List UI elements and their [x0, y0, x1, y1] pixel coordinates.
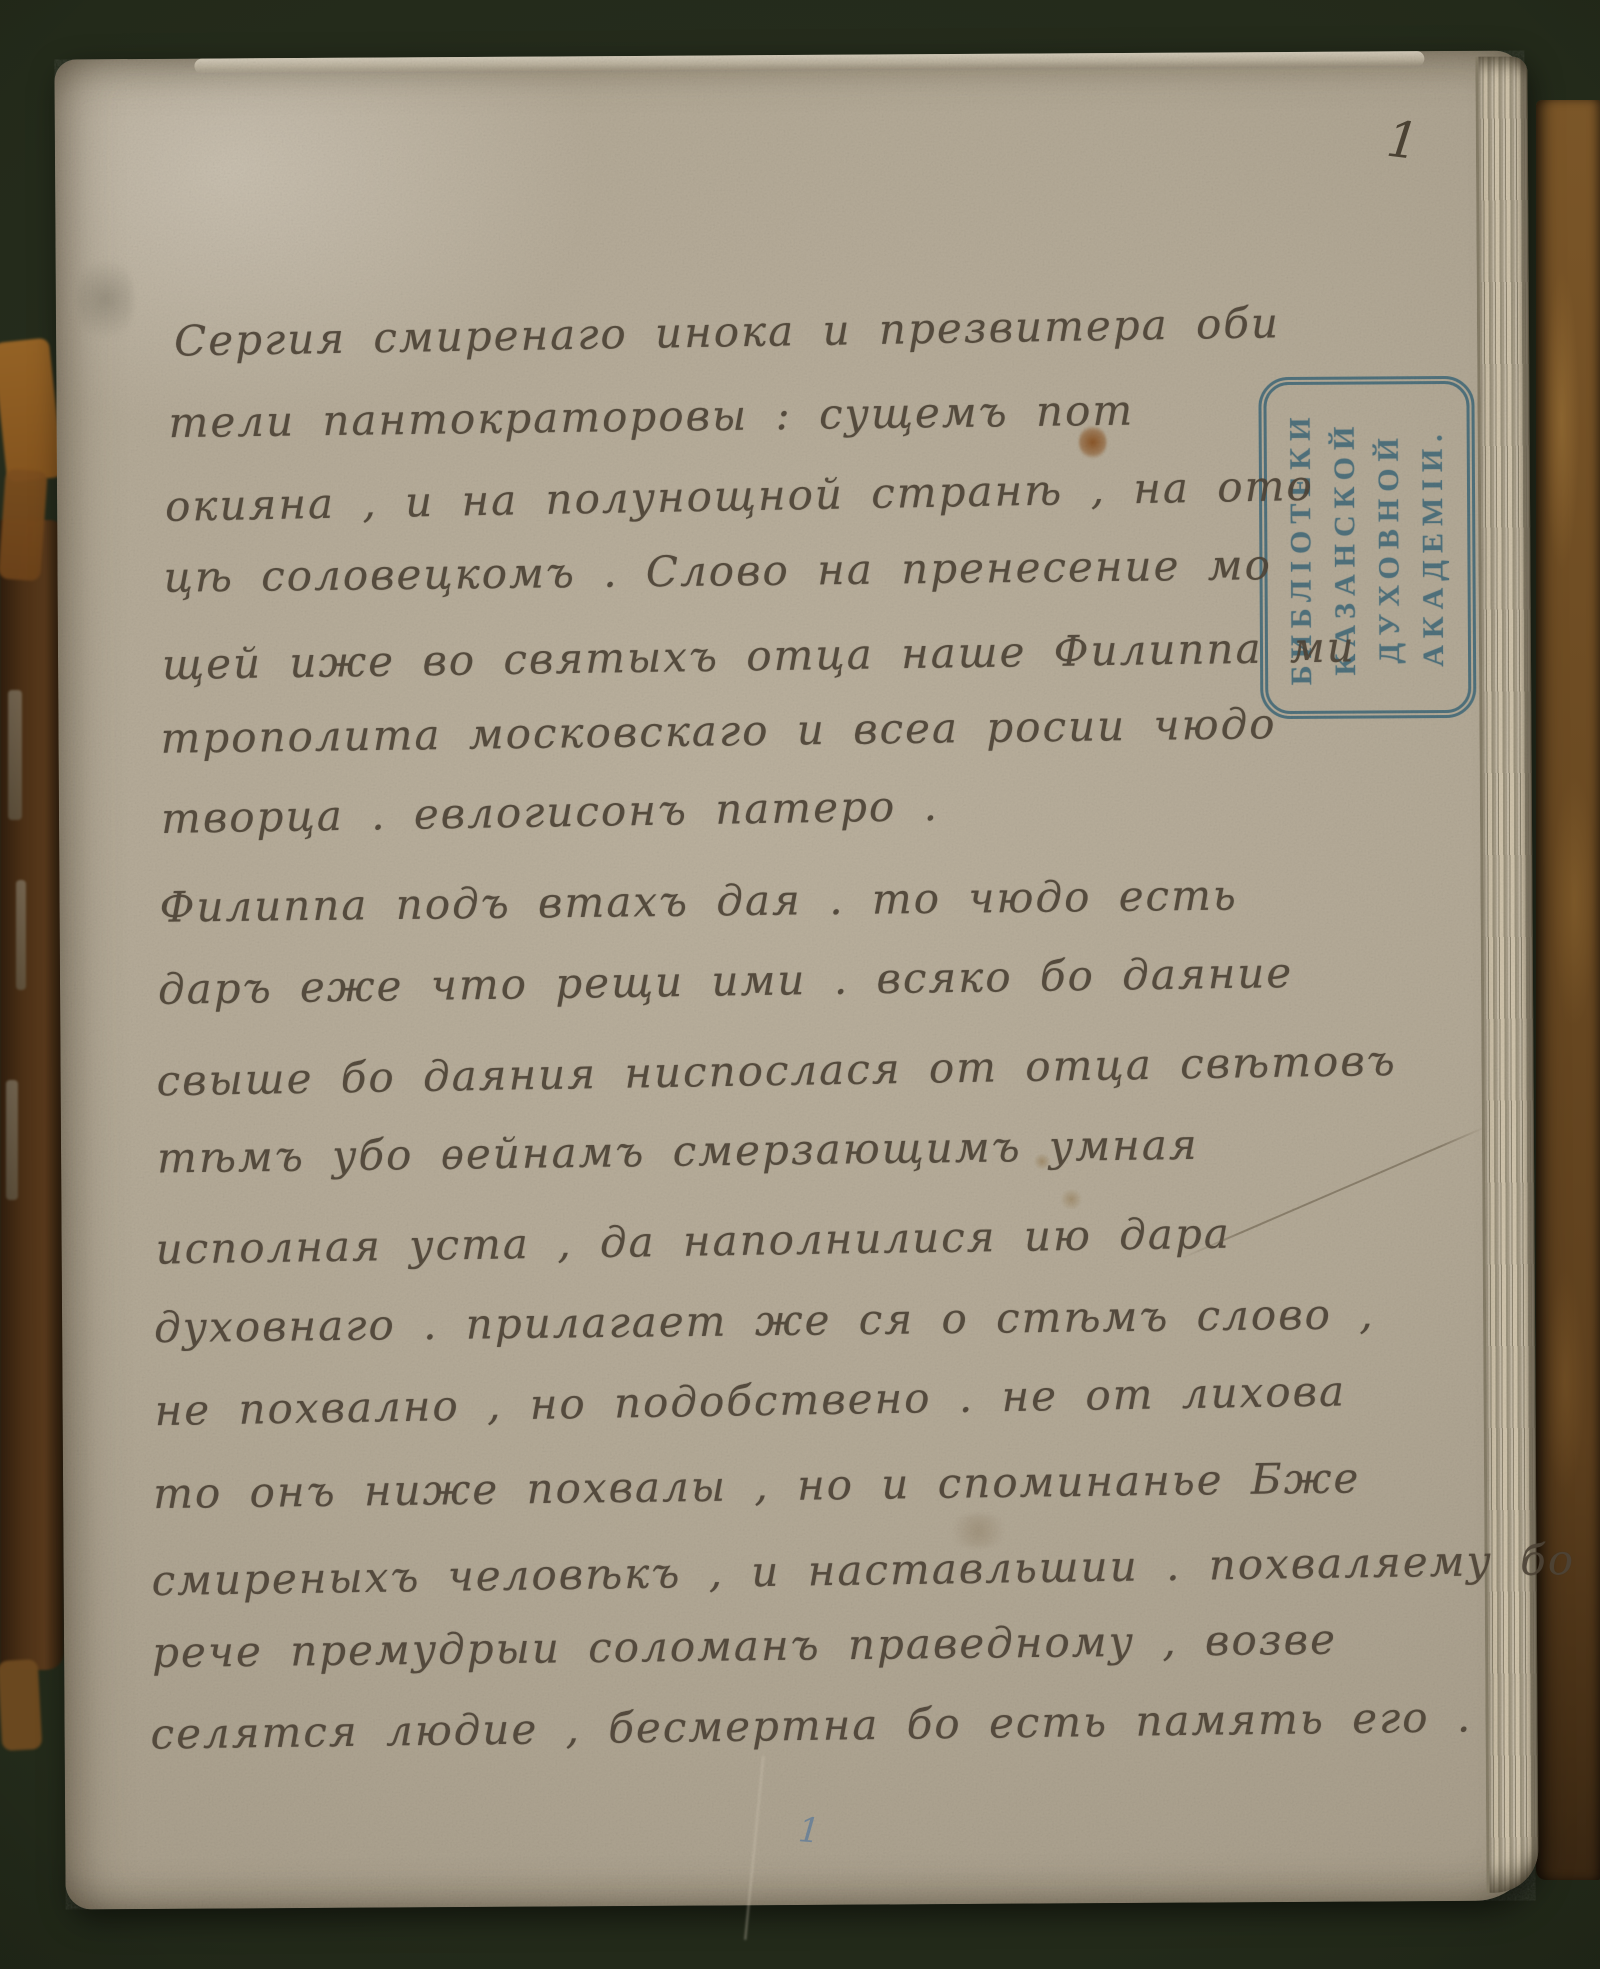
paper-fold-mark	[744, 1756, 764, 1940]
manuscript-line: Сергия смиренаго инока и презвитера оби	[174, 298, 1281, 365]
book-cover-edge	[1536, 100, 1600, 1880]
manuscript-line: исполная уста , да наполнилися ию дара	[155, 1209, 1231, 1274]
folio-number: 1	[1384, 110, 1422, 171]
spine-tape-fragment	[0, 1659, 42, 1751]
manuscript-page: 1 БИБЛІОТЕКИ КАЗАНСКОЙ ДУХОВНОЙ АКАДЕМІИ…	[54, 51, 1535, 1910]
manuscript-photo: 1 БИБЛІОТЕКИ КАЗАНСКОЙ ДУХОВНОЙ АКАДЕМІИ…	[0, 0, 1600, 1969]
manuscript-line: не похвално , но подобствено . не от лих…	[154, 1366, 1346, 1435]
manuscript-line: Филиппа подъ втахъ дая . то чюдо есть	[159, 870, 1238, 931]
stamp-line-4: АКАДЕМІИ.	[1411, 427, 1456, 667]
manuscript-line: рече премудрыи соломанъ праведному , воз…	[152, 1615, 1337, 1677]
page-stack-fore-edge	[1475, 57, 1538, 1893]
manuscript-line: селятся людие , бесмертна бо есть память…	[150, 1692, 1472, 1758]
manuscript-line: свыше бо даяния ниспослася от отца свѣто…	[156, 1036, 1397, 1106]
manuscript-line: духовнаго . прилагает же ся о стѣмъ слов…	[154, 1289, 1375, 1352]
spine-sewing-streak	[8, 690, 22, 820]
spine-sewing-streak	[16, 880, 26, 990]
manuscript-line: творца . евлогисонъ патеро .	[161, 781, 940, 843]
manuscript-line: щей иже во святыхъ отца наше Филиппа ми	[162, 622, 1356, 689]
manuscript-line: трополита московскаго и всеа росии чюдо	[160, 699, 1277, 763]
page-stack-top-edge	[194, 51, 1424, 74]
stamp-line-3: ДУХОВНОЙ	[1367, 431, 1412, 664]
manuscript-line: то онъ ниже похвалы , но и споминанье Бж…	[153, 1453, 1361, 1518]
spine-tape-fragment	[0, 337, 63, 482]
spine-tape-fragment	[0, 469, 48, 582]
paper-crease	[1181, 1126, 1487, 1259]
manuscript-line: смиреныхъ человѣкъ , и наставльшии . пох…	[151, 1535, 1575, 1605]
manuscript-line: тѣмъ убо ѳейнамъ смерзающимъ умная	[157, 1120, 1199, 1183]
manuscript-line: цѣ соловецкомъ . Слово на пренесение мо	[163, 540, 1272, 602]
spine-sewing-streak	[6, 1080, 18, 1200]
manuscript-line: даръ еже что рещи ими . всяко бо даяние	[158, 948, 1294, 1014]
manuscript-line: тели пантократоровы : сущемъ пот	[168, 386, 1134, 448]
manuscript-line: окияна , и на полунощной странѣ , на ото	[165, 461, 1314, 531]
small-stain	[1059, 1189, 1083, 1209]
corner-smudge	[78, 249, 135, 349]
bottom-page-numeral: 1	[797, 1810, 822, 1852]
